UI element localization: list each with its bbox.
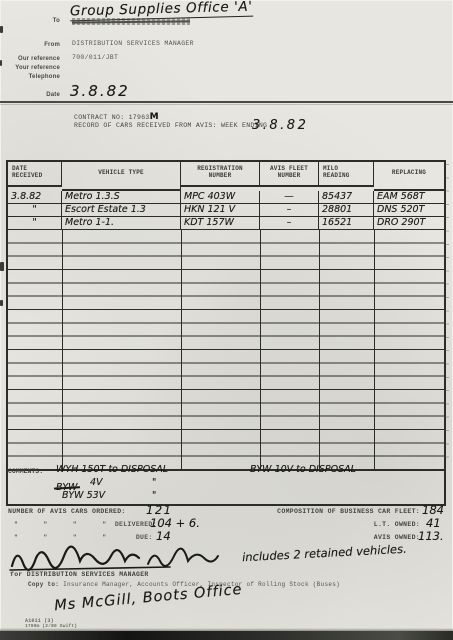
comments-label: COMMENTS: — [8, 468, 43, 475]
cell-milo: 85437 — [322, 191, 373, 203]
your-reference-label: Your reference — [8, 64, 60, 72]
comment-line1-right: BYW 10V to DISPOSAL — [250, 464, 356, 475]
strike-line — [72, 20, 190, 23]
cell-replacing: EAM 568T — [377, 191, 444, 203]
cell-milo: 16521 — [322, 217, 373, 229]
contract-number-suffix-handwritten: M — [150, 112, 159, 122]
retained-vehicles-note-handwritten: includes 2 retained vehicles. — [242, 542, 407, 565]
scan-edge-bar — [0, 631, 453, 640]
from-label: From — [8, 41, 60, 49]
ordered-label: NUMBER OF AVIS CARS ORDERED: — [8, 508, 126, 515]
empty-table-rows — [8, 230, 444, 469]
cell-registration: HKN 121 V — [184, 204, 259, 216]
cell-date: " — [8, 217, 61, 229]
date-value-handwritten: 3.8.82 — [70, 82, 130, 100]
to-label: To — [8, 17, 60, 25]
due-value-handwritten: 14 — [156, 529, 171, 543]
cell-registration: MPC 403W — [184, 191, 259, 203]
cell-date: 3.8.82 — [11, 191, 61, 203]
cell-vehicle: Metro 1.3.S — [65, 191, 180, 203]
lt-owned-label: L.T. OWNED: — [248, 521, 420, 528]
cell-vehicle: Escort Estate 1.3 — [65, 204, 180, 216]
our-reference-value: 700/011/JBT — [72, 54, 118, 61]
signature-scribble — [8, 543, 228, 573]
fleet-composition-label: COMPOSITION OF BUSINESS CAR FLEET: — [248, 508, 420, 515]
comment-line1-left: WYH 150T to DISPOSAL — [56, 464, 168, 475]
ordered-value-handwritten: 121 — [146, 503, 172, 517]
col-header-replacing: REPLACING — [374, 162, 444, 191]
col-header-registration-number: REGISTRATION NUMBER — [181, 162, 260, 187]
cell-avis-fleet: – — [260, 217, 318, 229]
cell-vehicle: Metro 1-1. — [65, 217, 180, 229]
col-header-avis-fleet-number: AVIS FLEET NUMBER — [260, 162, 319, 187]
col-header-milo-reading: MILO READING — [319, 162, 374, 187]
our-reference-label: Our reference — [8, 55, 60, 63]
delivered-value-handwritten: 104 + 6. — [150, 516, 200, 530]
avis-owned-label: AVIS OWNED: — [248, 534, 420, 541]
record-line: RECORD OF CARS RECEIVED FROM AVIS: WEEK … — [74, 122, 267, 129]
divider-rule — [0, 101, 453, 103]
scanned-memo-page: To From Our reference Your reference Tel… — [0, 0, 453, 640]
telephone-label: Telephone — [8, 73, 60, 81]
col-header-vehicle-type: VEHICLE TYPE — [62, 162, 181, 191]
edge-smudge — [0, 262, 4, 271]
cell-registration: KDT 157W — [184, 217, 259, 229]
edge-smudge — [0, 300, 3, 306]
avis-owned-value-handwritten: 113. — [418, 529, 444, 543]
cell-milo: 28801 — [322, 204, 373, 216]
week-ending-handwritten: 3.8.82 — [252, 118, 308, 133]
contract-number-text: CONTRACT NO: 17963 — [74, 114, 150, 121]
col-header-date-received: DATE RECEIVED — [8, 162, 62, 187]
cell-replacing: DRO 290T — [377, 217, 444, 229]
comment-line2-value: 4V — [90, 477, 103, 488]
cell-replacing: DNS 520T — [377, 204, 444, 216]
delivered-label: " " " " DELIVERED: — [14, 521, 157, 528]
from-value: DISTRIBUTION SERVICES MANAGER — [72, 40, 194, 47]
comment-line3-ditto: " — [152, 490, 156, 501]
edge-smudge — [0, 60, 2, 66]
comment-line3-value: BYW 53V — [62, 490, 105, 501]
cell-date: " — [8, 204, 61, 216]
copy-to-label: Copy to: — [28, 581, 59, 588]
date-label: Date — [8, 91, 60, 99]
contract-number-line: CONTRACT NO: 17963M — [74, 112, 159, 122]
edge-smudge — [0, 26, 3, 33]
fleet-composition-value-handwritten: 184 — [422, 503, 444, 517]
scan-artifact-row-ticks — [444, 164, 449, 460]
divider-rule-shadow — [0, 104, 453, 105]
comment-line2-ditto: " — [152, 477, 156, 488]
struck-out-text — [72, 18, 190, 25]
cars-received-table: DATE RECEIVED VEHICLE TYPE REGISTRATION … — [6, 160, 446, 471]
cell-avis-fleet: — — [260, 191, 318, 203]
lt-owned-value-handwritten: 41 — [426, 516, 441, 530]
cell-avis-fleet: – — [260, 204, 318, 216]
for-distribution-services-manager: for DISTRIBUTION SERVICES MANAGER — [10, 571, 149, 578]
due-label: " " " " DUE: — [14, 534, 153, 541]
